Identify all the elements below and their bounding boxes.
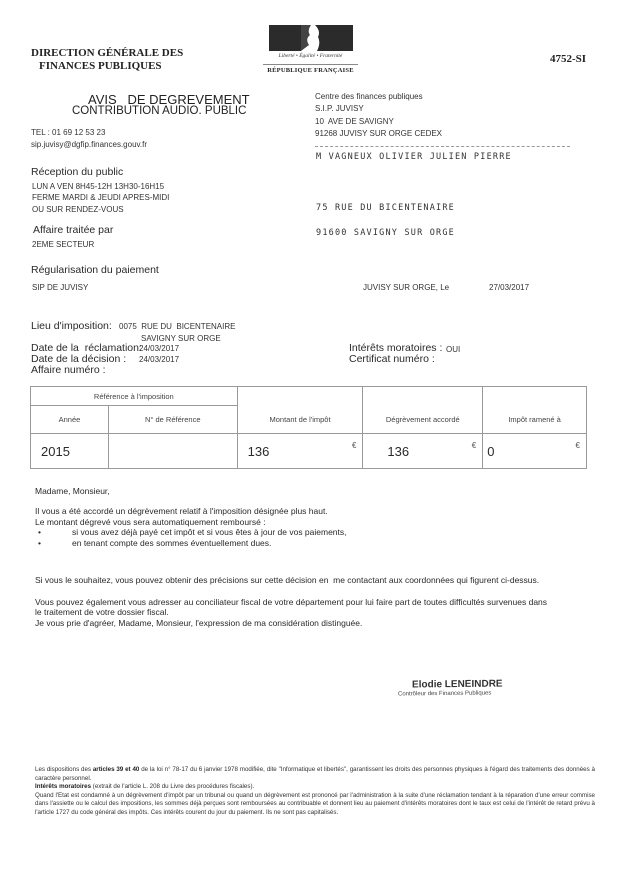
degrevement-value: 136 (373, 444, 409, 459)
lieu-line-1: 0075 RUE DU BICENTENAIRE (119, 322, 235, 331)
column-header-annee: Année (31, 406, 109, 434)
bullet-icon: • (38, 538, 41, 549)
legal-text: Les dispositions des (35, 766, 93, 773)
legal-line-2: Intérêts moratoires (extrait de l'articl… (35, 783, 595, 792)
euro-icon: € (576, 441, 580, 450)
logo-motto: Liberté • Égalité • Fraternité (263, 53, 358, 59)
recipient-name: M VAGNEUX OLIVIER JULIEN PIERRE (316, 152, 512, 162)
divider (315, 146, 570, 147)
closing: Je vous prie d'agréer, Madame, Monsieur,… (35, 618, 362, 629)
lieu-line-2: SAVIGNY SUR ORGE (141, 334, 221, 343)
handled-by-label: Affaire traitée par (33, 224, 113, 236)
handled-by-value: 2EME SECTEUR (32, 240, 94, 249)
group-header: Référence à l'imposition (31, 387, 238, 406)
cell-impot-ramene: 0€ (483, 434, 587, 469)
annee-value: 2015 (41, 444, 70, 459)
cell-montant: 136€ (237, 434, 363, 469)
recipient-city: 91600 SAVIGNY SUR ORGE (316, 228, 455, 238)
issuer-line-1: DIRECTION GÉNÉRALE DES (31, 47, 183, 60)
form-code: 4752-SI (550, 53, 586, 65)
issuer-line-2: FINANCES PUBLIQUES (31, 60, 183, 73)
table-row: 2015 136€ 136€ 0€ (31, 434, 587, 469)
paragraph-4a: Vous pouvez également vous adresser au c… (35, 597, 547, 608)
sender-line: Centre des finances publiques (315, 91, 442, 103)
bullet-item: en tenant compte des sommes éventuelleme… (72, 538, 271, 549)
euro-icon: € (472, 441, 476, 450)
legal-bold: Intérêts moratoires (35, 783, 91, 790)
logo-republic: RÉPUBLIQUE FRANÇAISE (263, 64, 358, 74)
column-header-degrevement: Dégrèvement accordé (363, 387, 483, 434)
issuer-name: DIRECTION GÉNÉRALE DES FINANCES PUBLIQUE… (31, 47, 183, 73)
email-link[interactable]: sip.juvisy@dgfip.finances.gouv.fr (31, 140, 147, 149)
imposition-table: Référence à l'imposition Montant de l'im… (30, 386, 587, 469)
interets-value: OUI (446, 345, 460, 354)
payment-label: Régularisation du paiement (31, 264, 159, 276)
legal-text: (extrait de l'article L. 208 du Livre de… (91, 783, 254, 790)
euro-icon: € (352, 441, 356, 450)
column-header-impot-ramene: Impôt ramené à (483, 387, 587, 434)
reception-label: Réception du public (31, 166, 123, 178)
paragraph-4b: le traitement de votre dossier fiscal. (35, 607, 169, 618)
paragraph-2: Le montant dégrevé vous sera automatique… (35, 517, 266, 528)
letter-date: 27/03/2017 (489, 283, 529, 292)
sender-line: 10 AVE DE SAVIGNY (315, 116, 442, 128)
bullet-icon: • (38, 527, 41, 538)
paragraph-3: Si vous le souhaitez, vous pouvez obteni… (35, 575, 539, 586)
sender-line: 91268 JUVISY SUR ORGE CEDEX (315, 128, 442, 140)
lieu-label: Lieu d'imposition: (31, 320, 112, 332)
cell-degrevement: 136€ (363, 434, 483, 469)
column-header-reference: N° de Référence (108, 406, 237, 434)
document-subtitle: CONTRIBUTION AUDIO. PUBLIC (72, 105, 246, 117)
legal-line-3: Quand l'Etat est condamné à un dégrèveme… (35, 792, 595, 818)
place: JUVISY SUR ORGE, Le (363, 283, 449, 292)
reception-hours: LUN A VEN 8H45-12H 13H30-16H15 FERME MAR… (32, 181, 169, 215)
payment-value: SIP DE JUVISY (32, 283, 88, 292)
montant-value: 136 (248, 444, 270, 459)
salutation: Madame, Monsieur, (35, 486, 110, 497)
reception-line: OU SUR RENDEZ-VOUS (32, 204, 169, 215)
cell-annee: 2015 (31, 434, 109, 469)
cell-reference (108, 434, 237, 469)
paragraph-1: Il vous a été accordé un dégrèvement rel… (35, 506, 328, 517)
impot-ramene-value: 0 (487, 444, 494, 459)
signature-title: Contrôleur des Finances Publiques (398, 691, 491, 698)
reclamation-date: 24/03/2017 (139, 344, 179, 353)
decision-date: 24/03/2017 (139, 355, 179, 364)
certificat-label: Certificat numéro : (349, 353, 435, 365)
signature-name: Elodie LENEINDRE (412, 679, 503, 691)
recipient-street: 75 RUE DU BICENTENAIRE (316, 203, 455, 213)
affaire-label: Affaire numéro : (31, 364, 106, 376)
legal-bold: articles 39 et 40 (93, 766, 140, 773)
reception-line: LUN A VEN 8H45-12H 13H30-16H15 (32, 181, 169, 192)
bullet-item: si vous avez déjà payé cet impôt et si v… (72, 527, 347, 538)
marianne-logo-icon: Liberté • Égalité • Fraternité RÉPUBLIQU… (263, 20, 358, 80)
column-header-montant: Montant de l'impôt (237, 387, 363, 434)
phone-number: TEL : 01 69 12 53 23 (31, 128, 105, 137)
marianne-flag-icon (269, 25, 353, 51)
legal-line-1: Les dispositions des articles 39 et 40 d… (35, 766, 595, 783)
reception-line: FERME MARDI & JEUDI APRES-MIDI (32, 192, 169, 203)
sender-address: Centre des finances publiques S.I.P. JUV… (315, 91, 442, 140)
sender-line: S.I.P. JUVISY (315, 103, 442, 115)
legal-notice: Les dispositions des articles 39 et 40 d… (35, 766, 595, 818)
